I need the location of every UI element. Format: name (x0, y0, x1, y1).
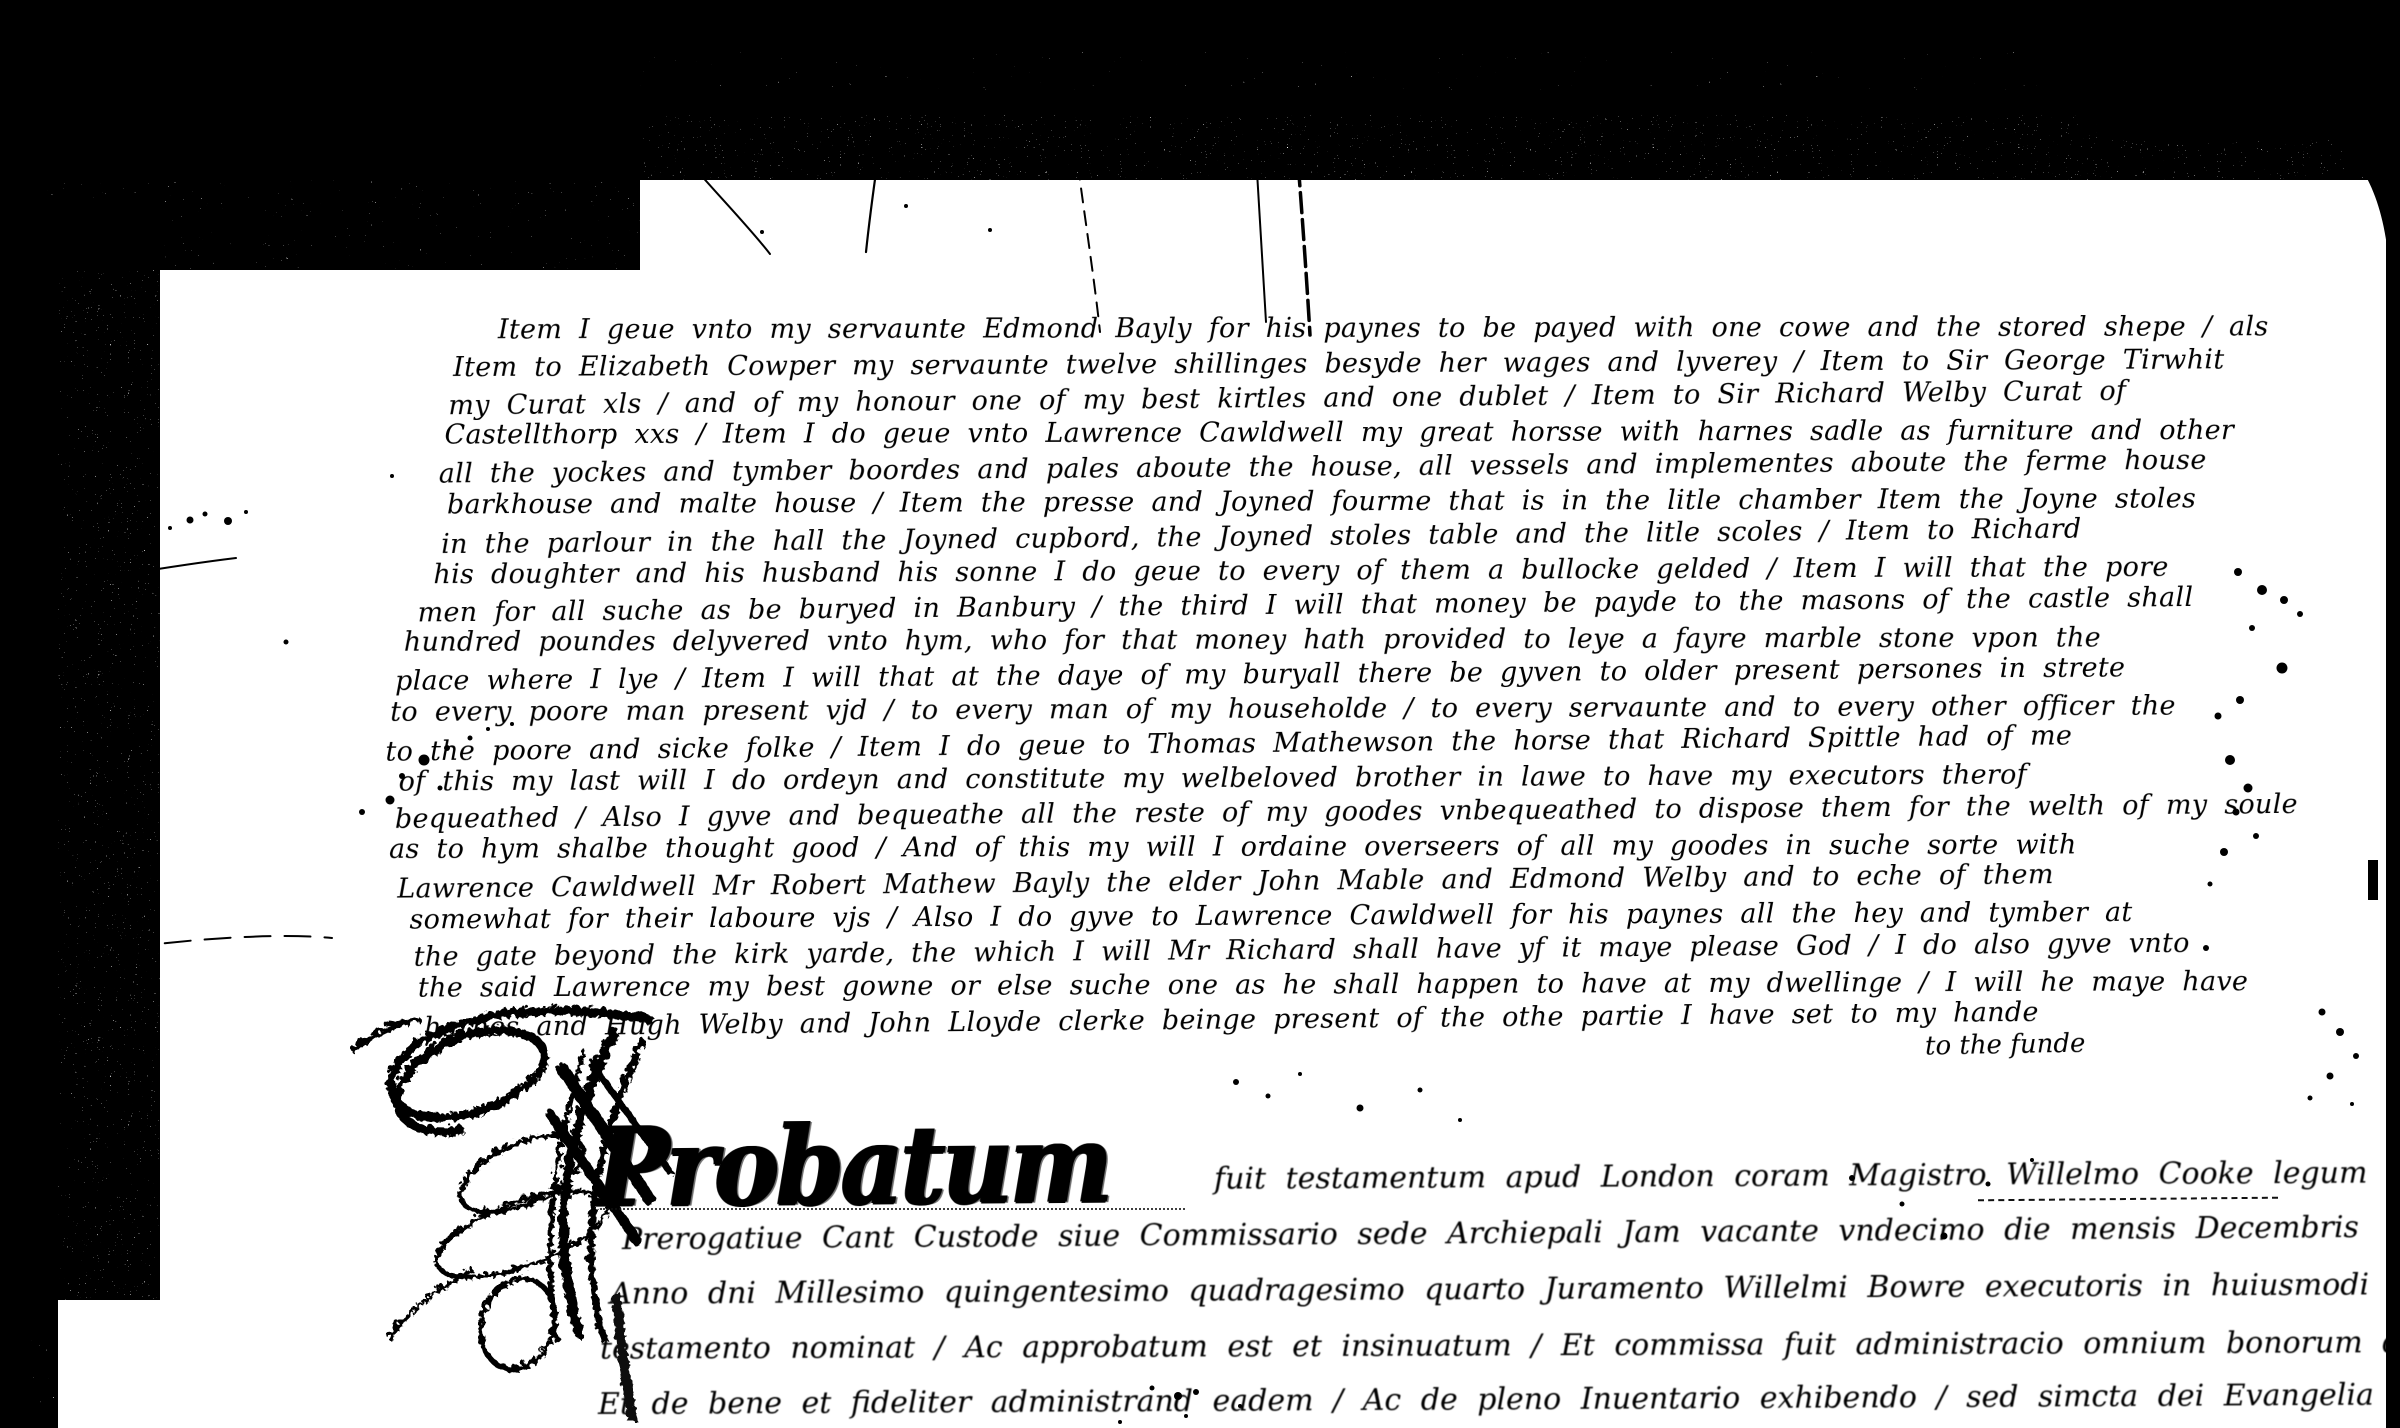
will-text-block: Item I geue vnto my servaunte Edmond Bay… (438, 306, 2345, 1042)
manuscript-line: Item I geue vnto my servaunte Edmond Bay… (498, 310, 2400, 348)
manuscript-scan-page: { "colors": { "paper": "#ffffff", "ink":… (0, 0, 2400, 1428)
pen-flourish (352, 1009, 668, 1420)
heading-baseline-rule (600, 1208, 1185, 1210)
scan-border-left (0, 38, 160, 1428)
